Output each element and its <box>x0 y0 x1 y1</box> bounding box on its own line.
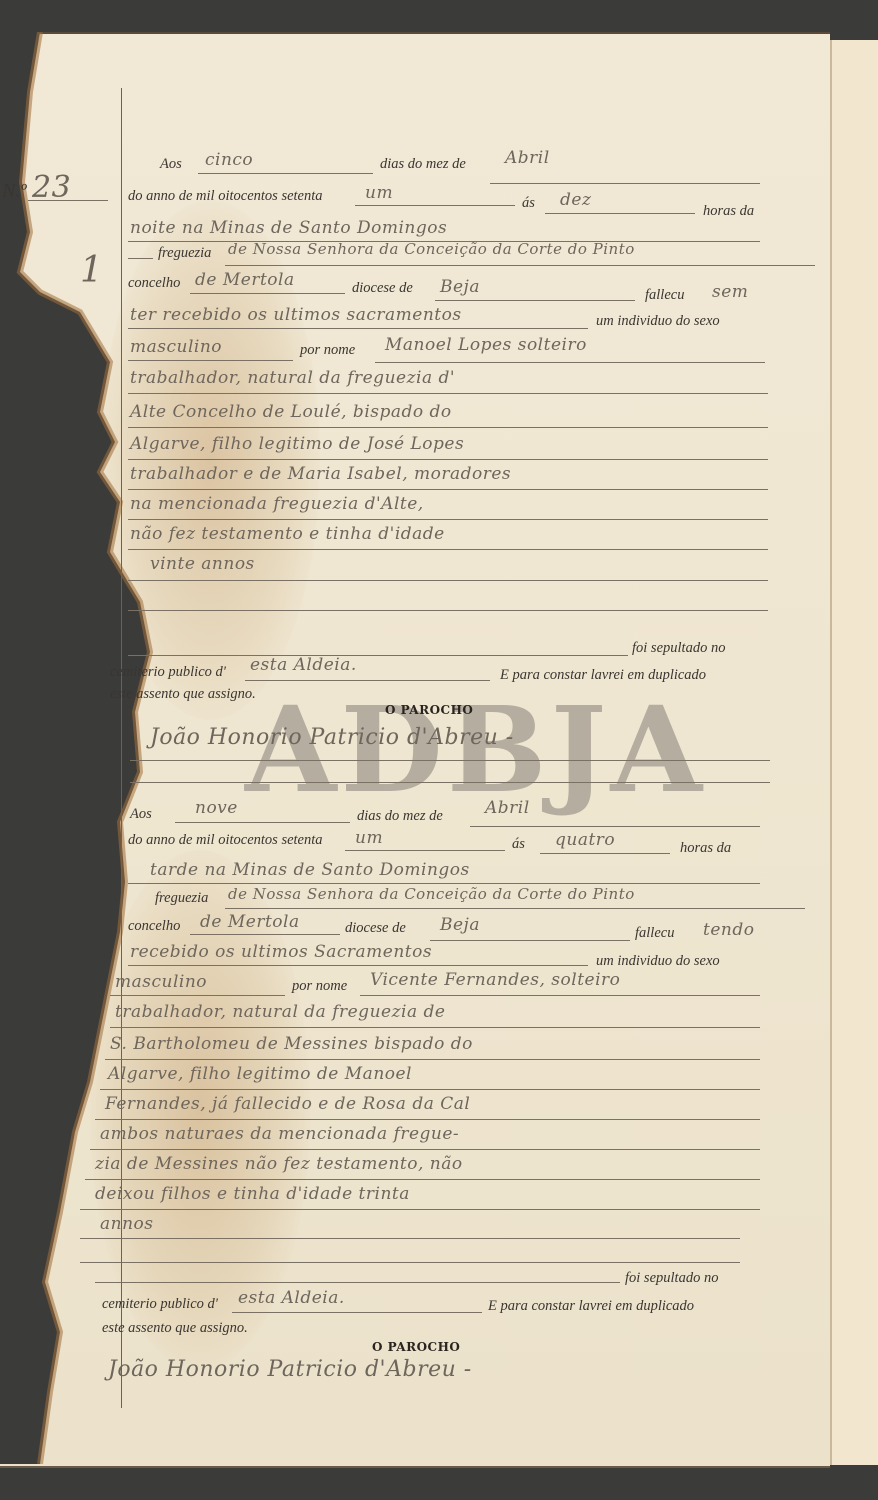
municipality-field: de Mertola <box>195 270 295 290</box>
month-field: Abril <box>505 148 550 168</box>
priest-signature: João Honorio Patricio d'Abreu - <box>108 1357 472 1382</box>
priest-signature: João Honorio Patricio d'Abreu - <box>150 725 514 750</box>
day-field: cinco <box>205 150 253 170</box>
sex-field: masculino <box>130 337 222 357</box>
name-field: Vicente Fernandes, solteiro <box>370 970 620 990</box>
time-place-field: tarde na Minas de Santo Domingos <box>150 860 470 880</box>
parish-priest-heading: O PAROCHO <box>372 1340 460 1354</box>
adjacent-page-edge <box>830 40 878 1465</box>
month-field: Abril <box>485 798 530 818</box>
sacraments-field: recebido os ultimos Sacramentos <box>130 942 432 962</box>
entry-number-label: N.º <box>2 180 27 203</box>
hour-field: quatro <box>555 830 615 850</box>
cemetery-field: esta Aldeia. <box>238 1288 345 1308</box>
diocese-field: Beja <box>440 915 480 935</box>
time-place-field: noite na Minas de Santo Domingos <box>130 218 447 238</box>
parish-priest-heading: O PAROCHO <box>385 703 473 717</box>
parish-field: de Nossa Senhora da Conceição da Corte d… <box>228 240 635 258</box>
year-field: um <box>365 183 393 203</box>
cemetery-field: esta Aldeia. <box>250 655 357 675</box>
day-field: nove <box>195 798 238 818</box>
margin-note: 1 <box>80 250 103 291</box>
year-field: um <box>355 828 383 848</box>
margin-rule <box>121 88 122 1408</box>
diocese-field: Beja <box>440 277 480 297</box>
sex-field: masculino <box>115 972 207 992</box>
hour-field: dez <box>560 190 591 210</box>
municipality-field: de Mertola <box>200 912 300 932</box>
name-field: Manoel Lopes solteiro <box>385 335 587 355</box>
sacraments-field: ter recebido os ultimos sacramentos <box>130 305 462 325</box>
parish-field: de Nossa Senhora da Conceição da Corte d… <box>228 885 635 903</box>
